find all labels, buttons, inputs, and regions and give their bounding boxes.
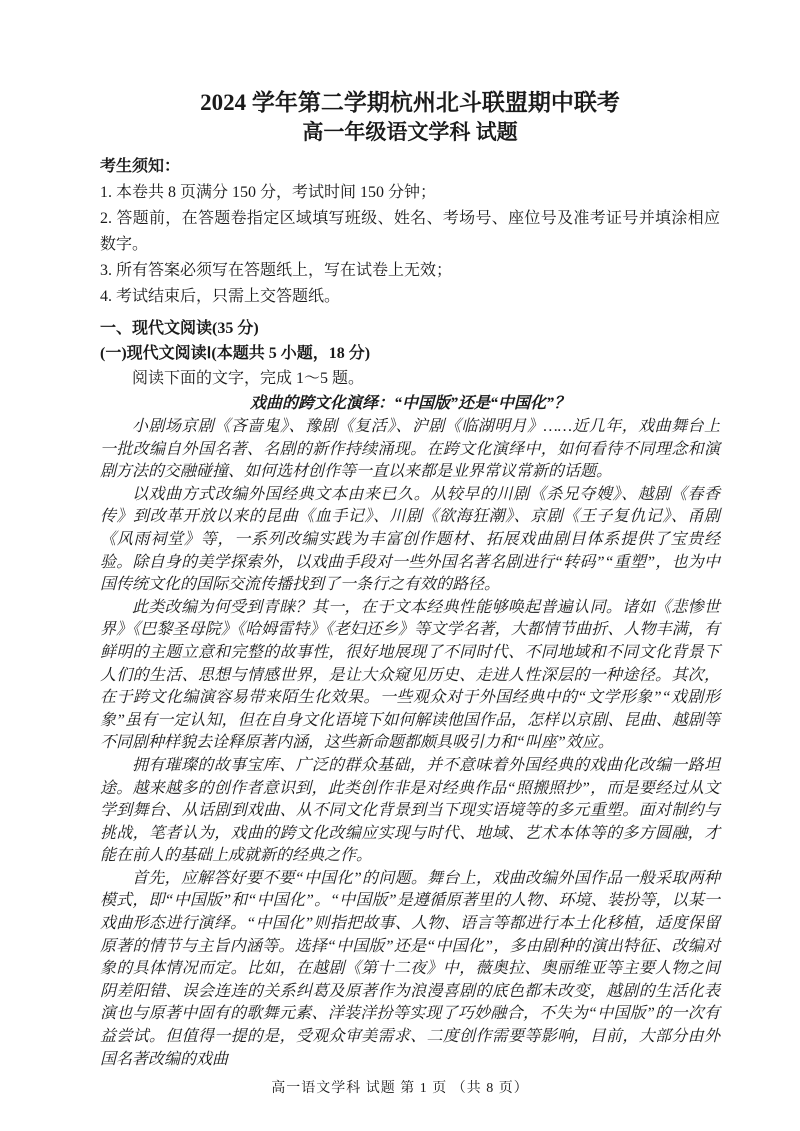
reading-instruction: 阅读下面的文字，完成 1～5 题。 <box>100 366 720 391</box>
passage-title: 戏曲的跨文化演绎：“中国版”还是“中国化”？ <box>100 391 720 416</box>
exam-paper-page: 2024 学年第二学期杭州北斗联盟期中联考 高一年级语文学科 试题 考生须知： … <box>0 0 800 1131</box>
notice-item-2: 2. 答题前，在答题卷指定区域填写班级、姓名、考场号、座位号及准考证号并填涂相应… <box>100 206 720 258</box>
exam-subtitle: 高一年级语文学科 试题 <box>100 118 720 147</box>
notice-heading: 考生须知： <box>100 154 720 180</box>
passage-paragraph: 首先，应解答好要不要“中国化”的问题。舞台上，戏曲改编外国作品一般采取两种模式，… <box>100 868 720 1071</box>
passage-paragraph: 拥有璀璨的故事宝库、广泛的群众基础，并不意味着外国经典的戏曲化改编一路坦途。越来… <box>100 755 720 868</box>
section-heading: 一、现代文阅读(35 分) <box>100 316 720 341</box>
passage-paragraph: 小剧场京剧《吝啬鬼》、豫剧《复活》、沪剧《临湖明月》……近几年，戏曲舞台上一批改… <box>100 416 720 484</box>
passage-paragraph: 以戏曲方式改编外国经典文本由来已久。从较早的川剧《杀兄夺嫂》、越剧《春香传》到改… <box>100 484 720 597</box>
passage-paragraph: 此类改编为何受到青睐？其一，在于文本经典性能够唤起普遍认同。诸如《悲惨世界》《巴… <box>100 597 720 755</box>
subsection-heading: (一)现代文阅读Ⅰ(本题共 5 小题，18 分) <box>100 341 720 366</box>
notice-item-4: 4. 考试结束后，只需上交答题纸。 <box>100 284 720 310</box>
exam-title: 2024 学年第二学期杭州北斗联盟期中联考 <box>100 88 720 118</box>
notice-item-3: 3. 所有答案必须写在答题纸上，写在试卷上无效； <box>100 258 720 284</box>
page-footer: 高一语文学科 试题 第 1 页 （共 8 页） <box>0 1077 800 1097</box>
notice-item-1: 1. 本卷共 8 页满分 150 分，考试时间 150 分钟； <box>100 180 720 206</box>
